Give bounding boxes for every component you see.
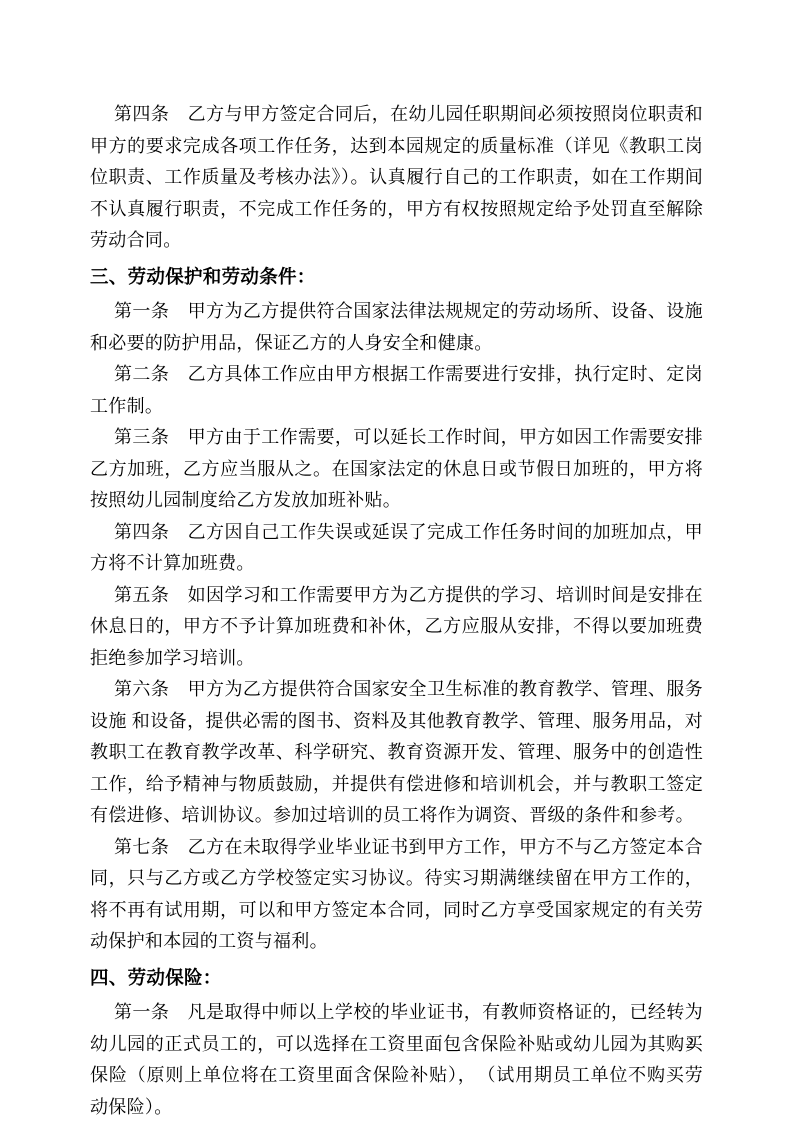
- contract-clause: 第二条 乙方具体工作应由甲方根据工作需要进行安排，执行定时、定岗工作制。: [90, 359, 703, 422]
- contract-clause: 第一条 凡是取得中师以上学校的毕业证书，有教师资格证的，已经转为幼儿园的正式员工…: [90, 997, 703, 1122]
- page-number: 2: [90, 1034, 694, 1053]
- contract-clause: 第七条 乙方在未取得学业毕业证书到甲方工作，甲方不与乙方签定本合同，只与乙方或乙…: [90, 832, 703, 958]
- contract-clause: 第六条 甲方为乙方提供符合国家安全卫生标准的教育教学、管理、服务设施 和设备，提…: [90, 674, 703, 832]
- contract-clause: 第一条 甲方为乙方提供符合国家法律法规规定的劳动场所、设备、设施和必要的防护用品…: [90, 296, 703, 359]
- document-body: 第四条 乙方与甲方签定合同后，在幼儿园任职期间必须按照岗位职责和甲方的要求完成各…: [90, 99, 703, 1122]
- document-page: 第四条 乙方与甲方签定合同后，在幼儿园任职期间必须按照岗位职责和甲方的要求完成各…: [0, 0, 793, 1122]
- contract-clause: 第五条 如因学习和工作需要甲方为乙方提供的学习、培训时间是安排在休息日的，甲方不…: [90, 580, 703, 675]
- section-heading: 三、劳动保护和劳动条件：: [90, 263, 703, 295]
- contract-clause: 第四条 乙方因自己工作失误或延误了完成工作任务时间的加班加点，甲方将不计算加班费…: [90, 517, 703, 580]
- section-heading: 四、劳动保险：: [90, 964, 703, 996]
- contract-clause: 第三条 甲方由于工作需要，可以延长工作时间，甲方如因工作需要安排乙方加班，乙方应…: [90, 422, 703, 517]
- contract-clause: 第四条 乙方与甲方签定合同后，在幼儿园任职期间必须按照岗位职责和甲方的要求完成各…: [90, 99, 703, 257]
